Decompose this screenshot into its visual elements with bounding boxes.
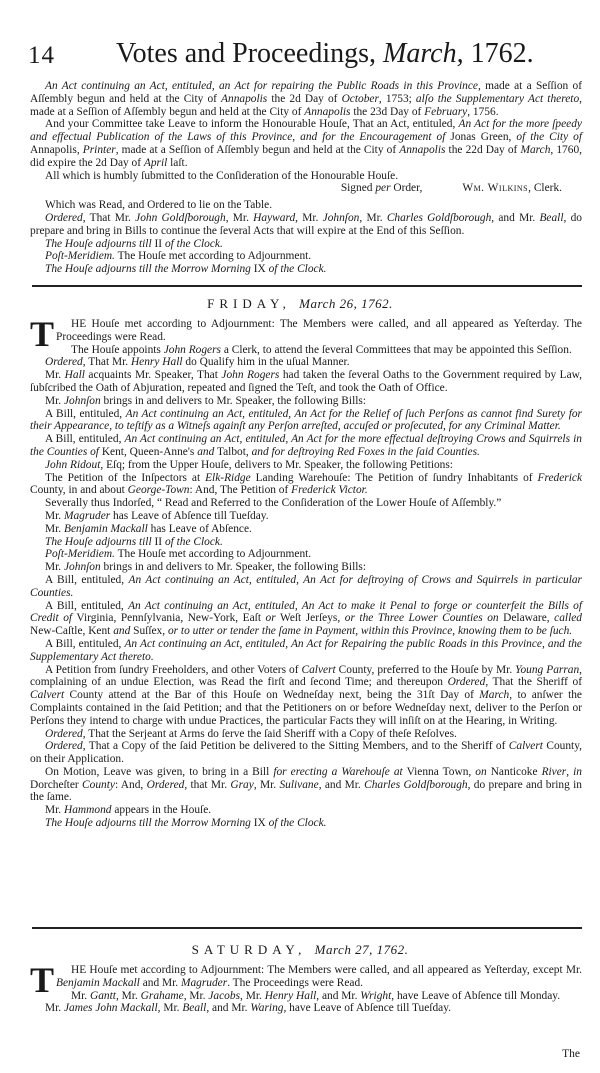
saturday-section: THE Houſe met according to Adjournment: … <box>30 964 582 1015</box>
drop-cap: T <box>15 318 54 348</box>
day-heading-saturday: SATURDAY, March 27, 1762. <box>0 942 600 958</box>
paragraph: The Houſe adjourns till the Morrow Morni… <box>30 817 582 830</box>
paragraph: A Bill, entituled, An Act continuing an … <box>30 600 582 638</box>
paragraph: THE Houſe met according to Adjournment: … <box>30 964 582 990</box>
paragraph: A Bill, entituled, An Act continuing an … <box>30 408 582 434</box>
paragraph: A Bill, entituled, An Act continuing an … <box>30 638 582 664</box>
paragraph: And your Committee take Leave to inform … <box>30 118 582 169</box>
paragraph: Ordered, That Mr. Henry Hall do Qualify … <box>30 356 582 369</box>
paragraph: Mr. Magruder has Leave of Abſence till T… <box>30 510 582 523</box>
paragraph: Mr. Johnſon brings in and delivers to Mr… <box>30 395 582 408</box>
paragraph: Mr. Benjamin Mackall has Leave of Abſenc… <box>30 523 582 536</box>
paragraph: Ordered, That a Copy of the ſaid Petitio… <box>30 740 582 766</box>
paragraph: A Bill, entituled, An Act continuing an … <box>30 433 582 459</box>
catchword: The <box>562 1048 580 1060</box>
paragraph: Which was Read, and Ordered to lie on th… <box>30 199 582 212</box>
document-page: 14 Votes and Proceedings, March, 1762. A… <box>0 0 600 1073</box>
drop-cap: T <box>15 964 54 994</box>
paragraph: Mr. Hammond appears in the Houſe. <box>30 804 582 817</box>
report-section: An Act continuing an Act, entituled, an … <box>30 80 582 276</box>
title-year: 1762. <box>471 38 534 69</box>
paragraph: THE Houſe met according to Adjournment: … <box>30 318 582 344</box>
paragraph: Ordered, That the Serjeant at Arms do ſe… <box>30 728 582 741</box>
paragraph: All which is humbly ſubmitted to the Con… <box>30 170 582 183</box>
paragraph: Mr. Gantt, Mr. Grahame, Mr. Jacobs, Mr. … <box>30 990 582 1003</box>
paragraph: An Act continuing an Act, entituled, an … <box>30 80 582 118</box>
page-title: Votes and Proceedings, March, 1762. <box>116 38 534 70</box>
page-header: 14 Votes and Proceedings, March, 1762. <box>28 38 573 68</box>
title-month: March, <box>383 38 464 69</box>
paragraph: The Houſe adjourns till II of the Clock. <box>30 238 582 251</box>
paragraph: The Houſe appoints John Rogers a Clerk, … <box>30 344 582 357</box>
title-main: Votes and Proceedings, <box>116 38 376 69</box>
friday-section: THE Houſe met according to Adjournment: … <box>30 318 582 830</box>
section-divider <box>32 927 582 929</box>
section-divider <box>32 285 582 287</box>
paragraph: The Houſe adjourns till II of the Clock. <box>30 536 582 549</box>
paragraph: Severally thus Indorſed, “ Read and Refe… <box>30 497 582 510</box>
page-number: 14 <box>28 42 55 70</box>
paragraph: Mr. Hall acquaints Mr. Speaker, That Joh… <box>30 369 582 395</box>
paragraph: The Houſe adjourns till the Morrow Morni… <box>30 263 582 276</box>
signature-line: Signed per Order,Wm. Wilkins, Clerk. <box>30 182 582 195</box>
paragraph: John Ridout, Eſq; from the Upper Houſe, … <box>30 459 582 472</box>
paragraph: A Bill, entituled, An Act continuing an … <box>30 574 582 600</box>
paragraph: Ordered, That Mr. John Goldſborough, Mr.… <box>30 212 582 238</box>
paragraph: The Petition of the Inſpectors at Elk-Ri… <box>30 472 582 498</box>
paragraph: Mr. James John Mackall, Mr. Beall, and M… <box>30 1002 582 1015</box>
paragraph: Poſt-Meridiem. The Houſe met according t… <box>30 548 582 561</box>
paragraph: A Petition from ſundry Freeholders, and … <box>30 664 582 728</box>
paragraph: On Motion, Leave was given, to bring in … <box>30 766 582 804</box>
day-heading-friday: FRIDAY, March 26, 1762. <box>0 296 600 312</box>
paragraph: Poſt-Meridiem. The Houſe met according t… <box>30 250 582 263</box>
clerk-name: Wm. Wilkins <box>462 182 528 194</box>
paragraph: Mr. Johnſon brings in and delivers to Mr… <box>30 561 582 574</box>
